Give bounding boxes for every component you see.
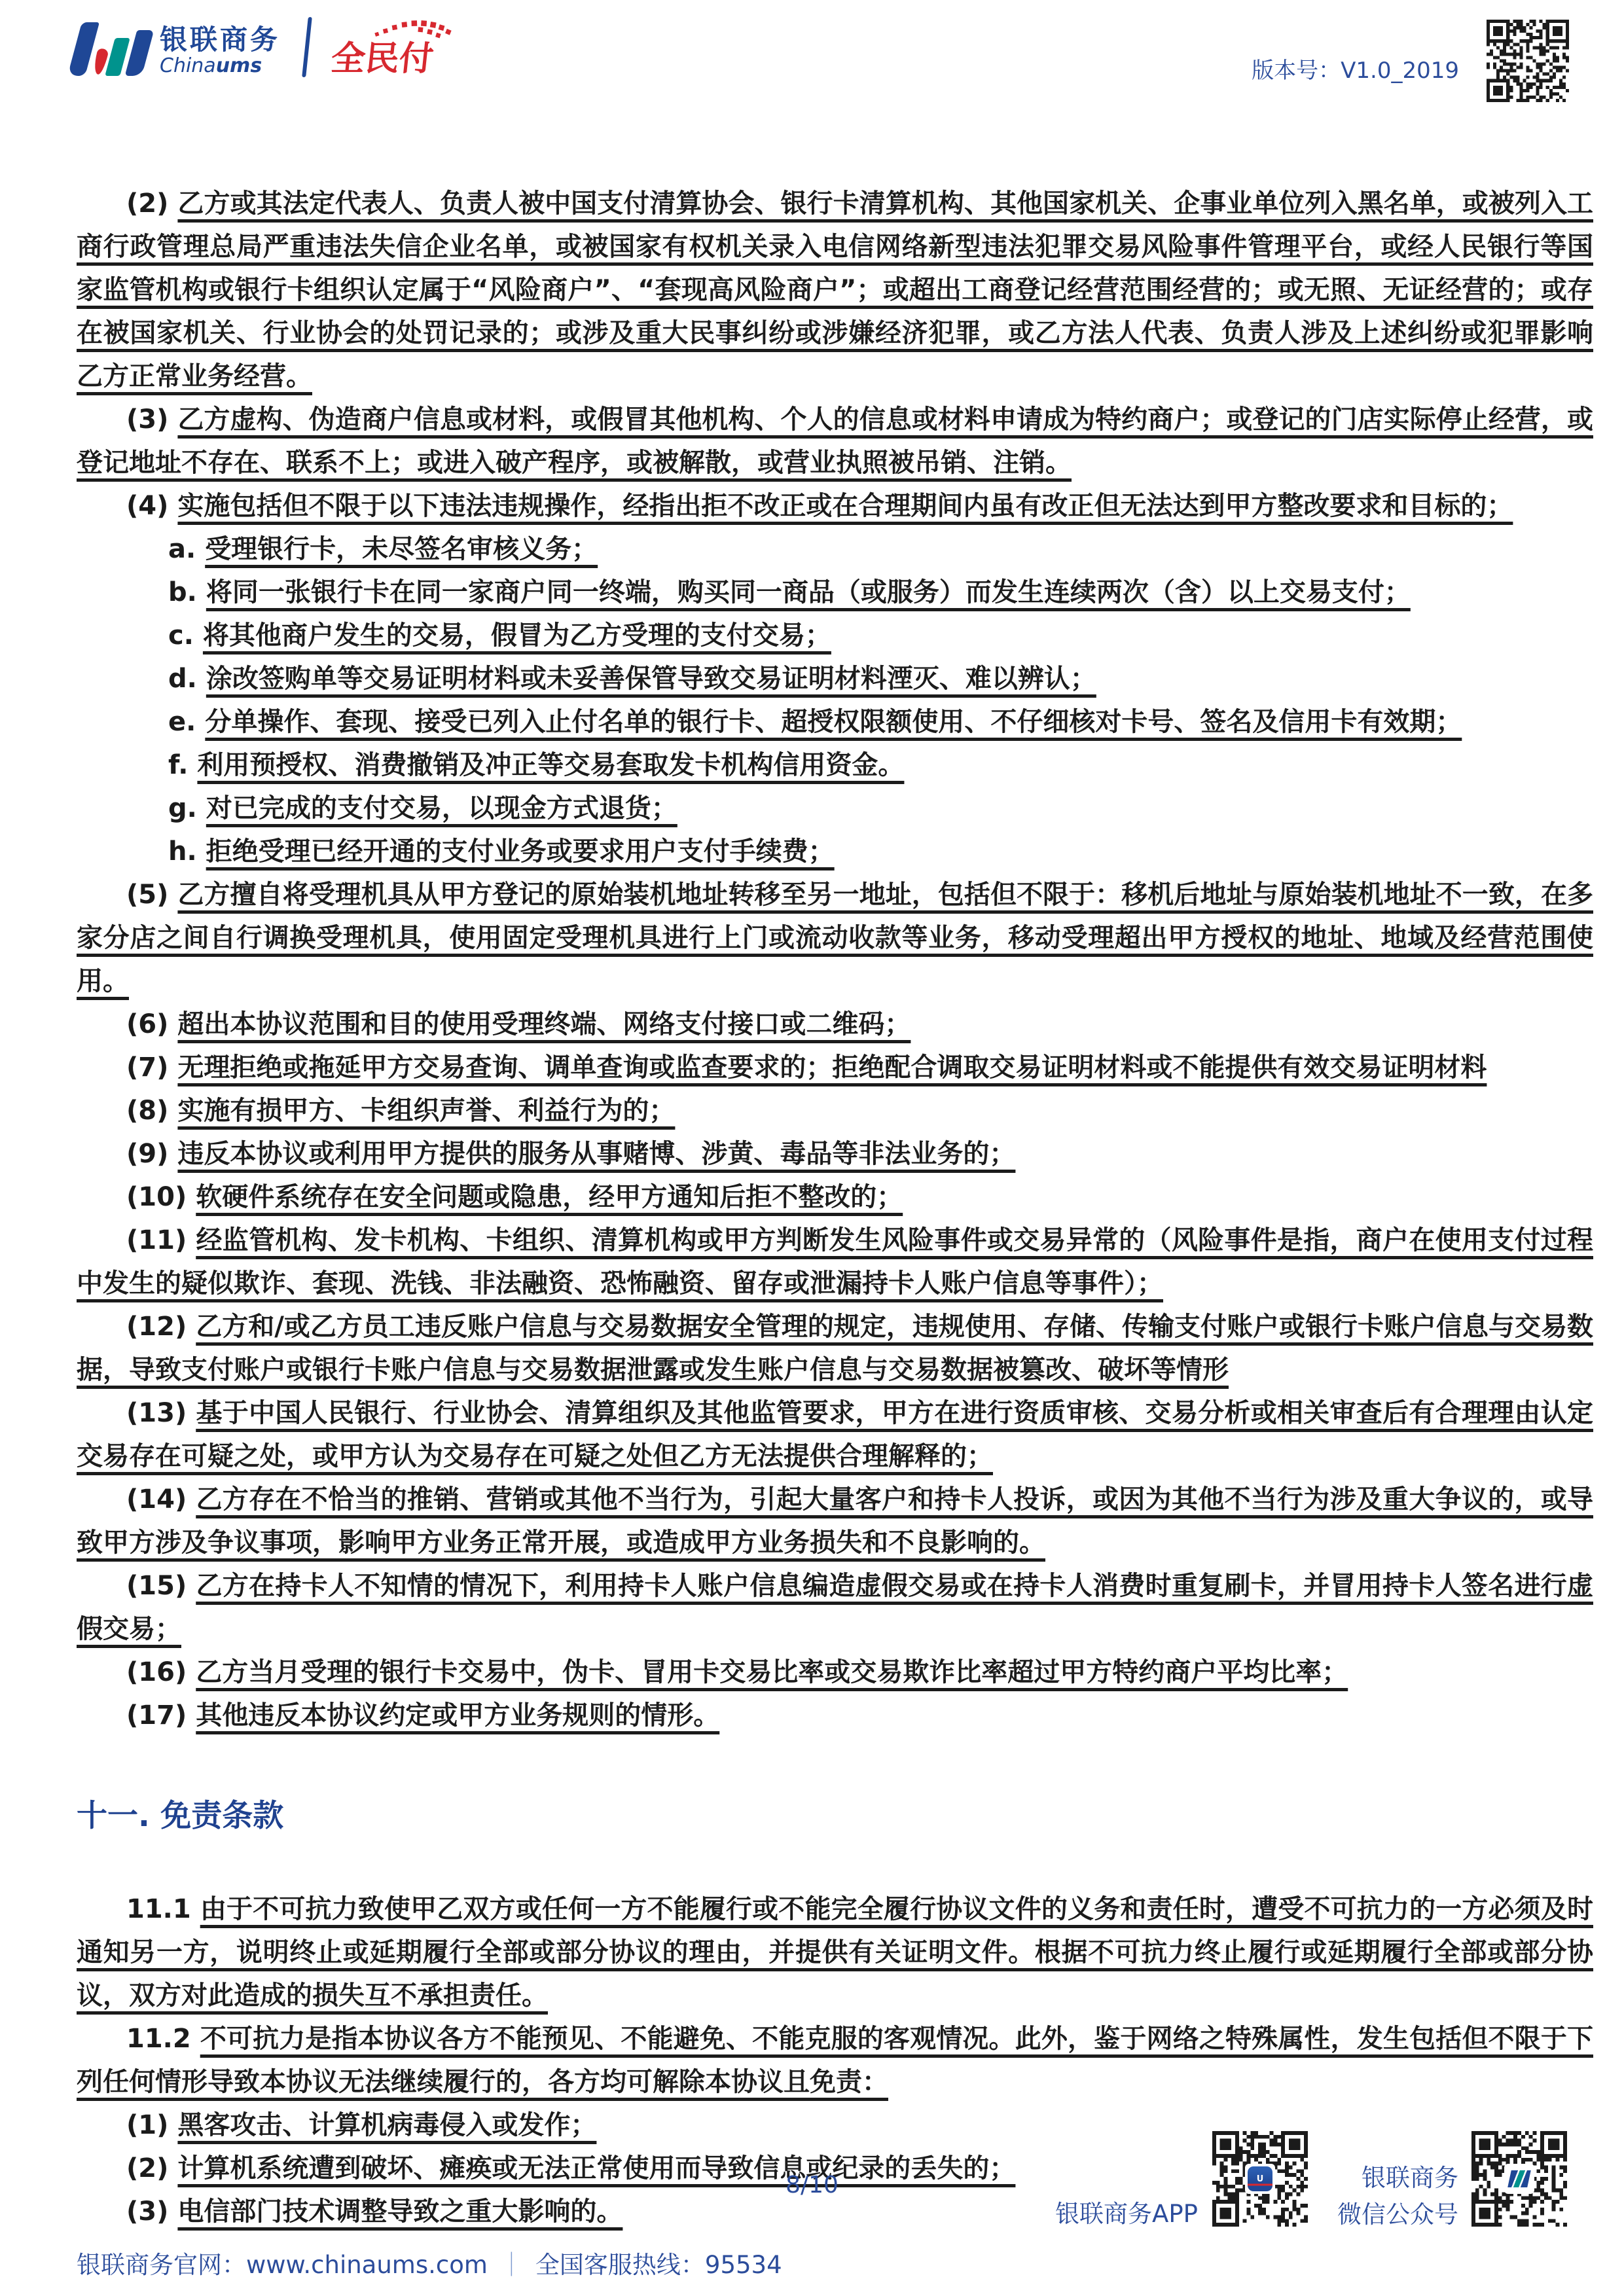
clause-text: 由于不可抗力致使甲乙双方或任何一方不能履行或不能完全履行协议文件的义务和责任时，… bbox=[77, 1894, 1593, 2011]
clause-text: 将同一张银行卡在同一家商户同一终端，购买同一商品（或服务）而发生连续两次（含）以… bbox=[206, 577, 1411, 607]
page-header: 银联商务 Chinaums bbox=[0, 0, 1624, 131]
clause-number: d. bbox=[168, 664, 197, 694]
clause-text: 对已完成的支付交易，以现金方式退货； bbox=[206, 793, 677, 823]
brand-logo: 银联商务 Chinaums bbox=[73, 17, 486, 77]
clause-text: 受理银行卡，未尽签名审核义务； bbox=[205, 534, 598, 564]
clause-text: 不可抗力是指本协议各方不能预见、不能避免、不能克服的客观情况。此外，鉴于网络之特… bbox=[77, 2024, 1593, 2097]
hotline-label: 全国客服热线： bbox=[535, 2251, 705, 2279]
clause-paragraph: (14)乙方存在不恰当的推销、营销或其他不当行为，引起大量客户和持卡人投诉，或因… bbox=[77, 1478, 1593, 1564]
clause-text: 乙方和/或乙方员工违反账户信息与交易数据安全管理的规定，违规使用、存储、传输支付… bbox=[77, 1312, 1593, 1385]
clause-number: g. bbox=[168, 793, 197, 823]
logo-divider bbox=[302, 17, 312, 77]
clause-number: c. bbox=[168, 620, 194, 651]
clause-paragraph: (4)实施包括但不限于以下违法违规操作，经指出拒不改正或在合理期间内虽有改正但无… bbox=[77, 484, 1593, 528]
wechat-ums-logo bbox=[1504, 2164, 1534, 2194]
clause-number: (4) bbox=[126, 491, 168, 521]
clause-paragraph: (13)基于中国人民银行、行业协会、清算组织及其他监管要求，甲方在进行资质审核、… bbox=[77, 1391, 1593, 1478]
clause-paragraph: (16)乙方当月受理的银行卡交易中，伪卡、冒用卡交易比率或交易欺诈比率超过甲方特… bbox=[77, 1651, 1593, 1694]
clause-number: (8) bbox=[126, 1096, 168, 1126]
clause-paragraph: (5)乙方擅自将受理机具从甲方登记的原始装机地址转移至另一地址，包括但不限于：移… bbox=[77, 873, 1593, 1003]
clause-paragraph: f.利用预授权、消费撤销及冲正等交易套取发卡机构信用资金。 bbox=[77, 744, 1593, 787]
clause-number: (16) bbox=[126, 1657, 187, 1687]
clause-number: (6) bbox=[126, 1009, 168, 1039]
clause-number: (5) bbox=[126, 880, 168, 910]
clause-text: 超出本协议范围和目的使用受理终端、网络支付接口或二维码； bbox=[177, 1009, 911, 1039]
product-name: 全民付 bbox=[329, 41, 435, 77]
clause-text: 实施有损甲方、卡组织声誉、利益行为的； bbox=[177, 1096, 675, 1126]
clause-paragraph: d.涂改签购单等交易证明材料或未妥善保管导致交易证明材料湮灭、难以辨认； bbox=[77, 657, 1593, 700]
clause-text: 利用预授权、消费撤销及冲正等交易套取发卡机构信用资金。 bbox=[197, 750, 904, 780]
brand-name-en: Chinaums bbox=[160, 55, 280, 77]
hotline-number: 95534 bbox=[705, 2251, 782, 2279]
wechat-qr-code-icon bbox=[1471, 2131, 1567, 2227]
website-url: www.chinaums.com bbox=[246, 2251, 488, 2279]
clause-paragraph: (8)实施有损甲方、卡组织声誉、利益行为的； bbox=[77, 1089, 1593, 1132]
clause-text: 乙方或其法定代表人、负责人被中国支付清算协会、银行卡清算机构、其他国家机关、企事… bbox=[77, 188, 1593, 391]
clause-number: (1) bbox=[126, 2110, 168, 2140]
clause-text: 分单操作、套现、接受已列入止付名单的银行卡、超授权限额使用、不仔细核对卡号、签名… bbox=[205, 707, 1462, 737]
clause-text: 乙方擅自将受理机具从甲方登记的原始装机地址转移至另一地址，包括但不限于：移机后地… bbox=[77, 880, 1593, 996]
clause-paragraph: (7)无理拒绝或拖延甲方交易查询、调单查询或监查要求的；拒绝配合调取交易证明材料… bbox=[77, 1046, 1593, 1089]
clause-text: 其他违反本协议约定或甲方业务规则的情形。 bbox=[196, 1700, 719, 1731]
clause-paragraph: c.将其他商户发生的交易，假冒为乙方受理的支付交易； bbox=[77, 614, 1593, 657]
clause-text: 实施包括但不限于以下违法违规操作，经指出拒不改正或在合理期间内虽有改正但无法达到… bbox=[177, 491, 1513, 521]
clause-number: (13) bbox=[126, 1398, 187, 1428]
clause-number: (3) bbox=[126, 404, 168, 435]
clause-text: 无理拒绝或拖延甲方交易查询、调单查询或监查要求的；拒绝配合调取交易证明材料或不能… bbox=[177, 1052, 1487, 1083]
clause-number: b. bbox=[168, 577, 197, 607]
clause-paragraph: (3)乙方虚构、伪造商户信息或材料，或假冒其他机构、个人的信息或材料申请成为特约… bbox=[77, 398, 1593, 484]
clause-text: 黑客攻击、计算机病毒侵入或发作； bbox=[177, 2110, 596, 2140]
clause-number: 11.1 bbox=[126, 1894, 191, 1924]
chinaums-mark-icon bbox=[73, 22, 151, 77]
clause-text: 乙方在持卡人不知情的情况下，利用持卡人账户信息编造虚假交易或在持卡人消费时重复刷… bbox=[77, 1571, 1593, 1644]
clause-number: (12) bbox=[126, 1312, 187, 1342]
section-heading: 十一. 免责条款 bbox=[77, 1795, 1593, 1838]
clause-paragraph: (2)乙方或其法定代表人、负责人被中国支付清算协会、银行卡清算机构、其他国家机关… bbox=[77, 182, 1593, 398]
clause-paragraph: 11.2不可抗力是指本协议各方不能预见、不能避免、不能克服的客观情况。此外，鉴于… bbox=[77, 2017, 1593, 2104]
clause-text: 将其他商户发生的交易，假冒为乙方受理的支付交易； bbox=[203, 620, 831, 651]
clause-number: h. bbox=[168, 836, 197, 867]
clause-paragraph: (6)超出本协议范围和目的使用受理终端、网络支付接口或二维码； bbox=[77, 1003, 1593, 1046]
clause-number: (14) bbox=[126, 1484, 187, 1515]
clause-text: 涂改签购单等交易证明材料或未妥善保管导致交易证明材料湮灭、难以辨认； bbox=[206, 664, 1096, 694]
clause-paragraph: e.分单操作、套现、接受已列入止付名单的银行卡、超授权限额使用、不仔细核对卡号、… bbox=[77, 700, 1593, 744]
clause-paragraph: (15)乙方在持卡人不知情的情况下，利用持卡人账户信息编造虚假交易或在持卡人消费… bbox=[77, 1564, 1593, 1651]
clause-number: (10) bbox=[126, 1182, 187, 1212]
wechat-qr-label-line1: 银联商务 bbox=[1290, 2160, 1458, 2197]
clause-paragraph: (12)乙方和/或乙方员工违反账户信息与交易数据安全管理的规定，违规使用、存储、… bbox=[77, 1305, 1593, 1391]
clause-paragraph: (9)违反本协议或利用甲方提供的服务从事赌博、涉黄、毒品等非法业务的； bbox=[77, 1132, 1593, 1175]
clause-number: (3) bbox=[126, 2197, 168, 2227]
clause-paragraph: a.受理银行卡，未尽签名审核义务； bbox=[77, 528, 1593, 571]
product-logo: 全民付 bbox=[331, 17, 486, 77]
clause-number: e. bbox=[168, 707, 196, 737]
checkered-flag-icon bbox=[342, 18, 486, 41]
clause-paragraph: 11.1由于不可抗力致使甲乙双方或任何一方不能履行或不能完全履行协议文件的义务和… bbox=[77, 1888, 1593, 2017]
clause-text: 软硬件系统存在安全问题或隐患，经甲方通知后拒不整改的； bbox=[196, 1182, 903, 1212]
clause-paragraph: g.对已完成的支付交易，以现金方式退货； bbox=[77, 787, 1593, 830]
clause-text: 电信部门技术调整导致之重大影响的。 bbox=[177, 2197, 623, 2227]
clause-number: (15) bbox=[126, 1571, 187, 1601]
wechat-qr-label-line2: 微信公众号 bbox=[1290, 2197, 1458, 2233]
app-icon: U bbox=[1245, 2164, 1275, 2194]
clause-paragraph: (17)其他违反本协议约定或甲方业务规则的情形。 bbox=[77, 1694, 1593, 1737]
clause-number: (17) bbox=[126, 1700, 187, 1731]
clause-paragraph: (11)经监管机构、发卡机构、卡组织、清算机构或甲方判断发生风险事件或交易异常的… bbox=[77, 1219, 1593, 1305]
brand-name-cn: 银联商务 bbox=[160, 25, 280, 55]
brand-text: 银联商务 Chinaums bbox=[160, 22, 280, 77]
clause-number: (9) bbox=[126, 1139, 168, 1169]
clause-number: f. bbox=[168, 750, 188, 780]
clause-number: (2) bbox=[126, 188, 168, 219]
wechat-qr-label: 银联商务 微信公众号 bbox=[1290, 2160, 1458, 2233]
clause-list: (2)乙方或其法定代表人、负责人被中国支付清算协会、银行卡清算机构、其他国家机关… bbox=[77, 182, 1593, 1737]
clause-number: (11) bbox=[126, 1225, 187, 1255]
clause-number: 11.2 bbox=[126, 2024, 191, 2054]
clause-number: (7) bbox=[126, 1052, 168, 1083]
clause-text: 拒绝受理已经开通的支付业务或要求用户支付手续费； bbox=[206, 836, 835, 867]
clause-number: a. bbox=[168, 534, 196, 564]
footer-separator: ｜ bbox=[499, 2251, 524, 2279]
clause-text: 经监管机构、发卡机构、卡组织、清算机构或甲方判断发生风险事件或交易异常的（风险事… bbox=[77, 1225, 1593, 1299]
app-qr-label: 银联商务APP bbox=[1015, 2194, 1198, 2229]
footer-contact: 银联商务官网：www.chinaums.com｜全国客服热线：95534 bbox=[77, 2245, 782, 2280]
clause-paragraph: b.将同一张银行卡在同一家商户同一终端，购买同一商品（或服务）而发生连续两次（含… bbox=[77, 571, 1593, 614]
clause-text: 乙方当月受理的银行卡交易中，伪卡、冒用卡交易比率或交易欺诈比率超过甲方特约商户平… bbox=[196, 1657, 1348, 1687]
clause-paragraph: (10)软硬件系统存在安全问题或隐患，经甲方通知后拒不整改的； bbox=[77, 1175, 1593, 1219]
clause-paragraph: h.拒绝受理已经开通的支付业务或要求用户支付手续费； bbox=[77, 830, 1593, 873]
version-label: 版本号：V1.0_2019 bbox=[1252, 52, 1459, 84]
document-body: (2)乙方或其法定代表人、负责人被中国支付清算协会、银行卡清算机构、其他国家机关… bbox=[77, 182, 1593, 2233]
header-qr-code-icon bbox=[1487, 20, 1569, 102]
clause-paragraph: (1)黑客攻击、计算机病毒侵入或发作； bbox=[77, 2104, 1593, 2147]
website-label: 银联商务官网： bbox=[77, 2251, 246, 2279]
clause-text: 乙方虚构、伪造商户信息或材料，或假冒其他机构、个人的信息或材料申请成为特约商户；… bbox=[77, 404, 1593, 478]
page: { "header": { "brand_cn": "银联商务", "brand… bbox=[0, 0, 1624, 2296]
clause-text: 基于中国人民银行、行业协会、清算组织及其他监管要求，甲方在进行资质审核、交易分析… bbox=[77, 1398, 1593, 1471]
clause-text: 违反本协议或利用甲方提供的服务从事赌博、涉黄、毒品等非法业务的； bbox=[177, 1139, 1015, 1169]
clause-text: 乙方存在不恰当的推销、营销或其他不当行为，引起大量客户和持卡人投诉，或因为其他不… bbox=[77, 1484, 1593, 1558]
